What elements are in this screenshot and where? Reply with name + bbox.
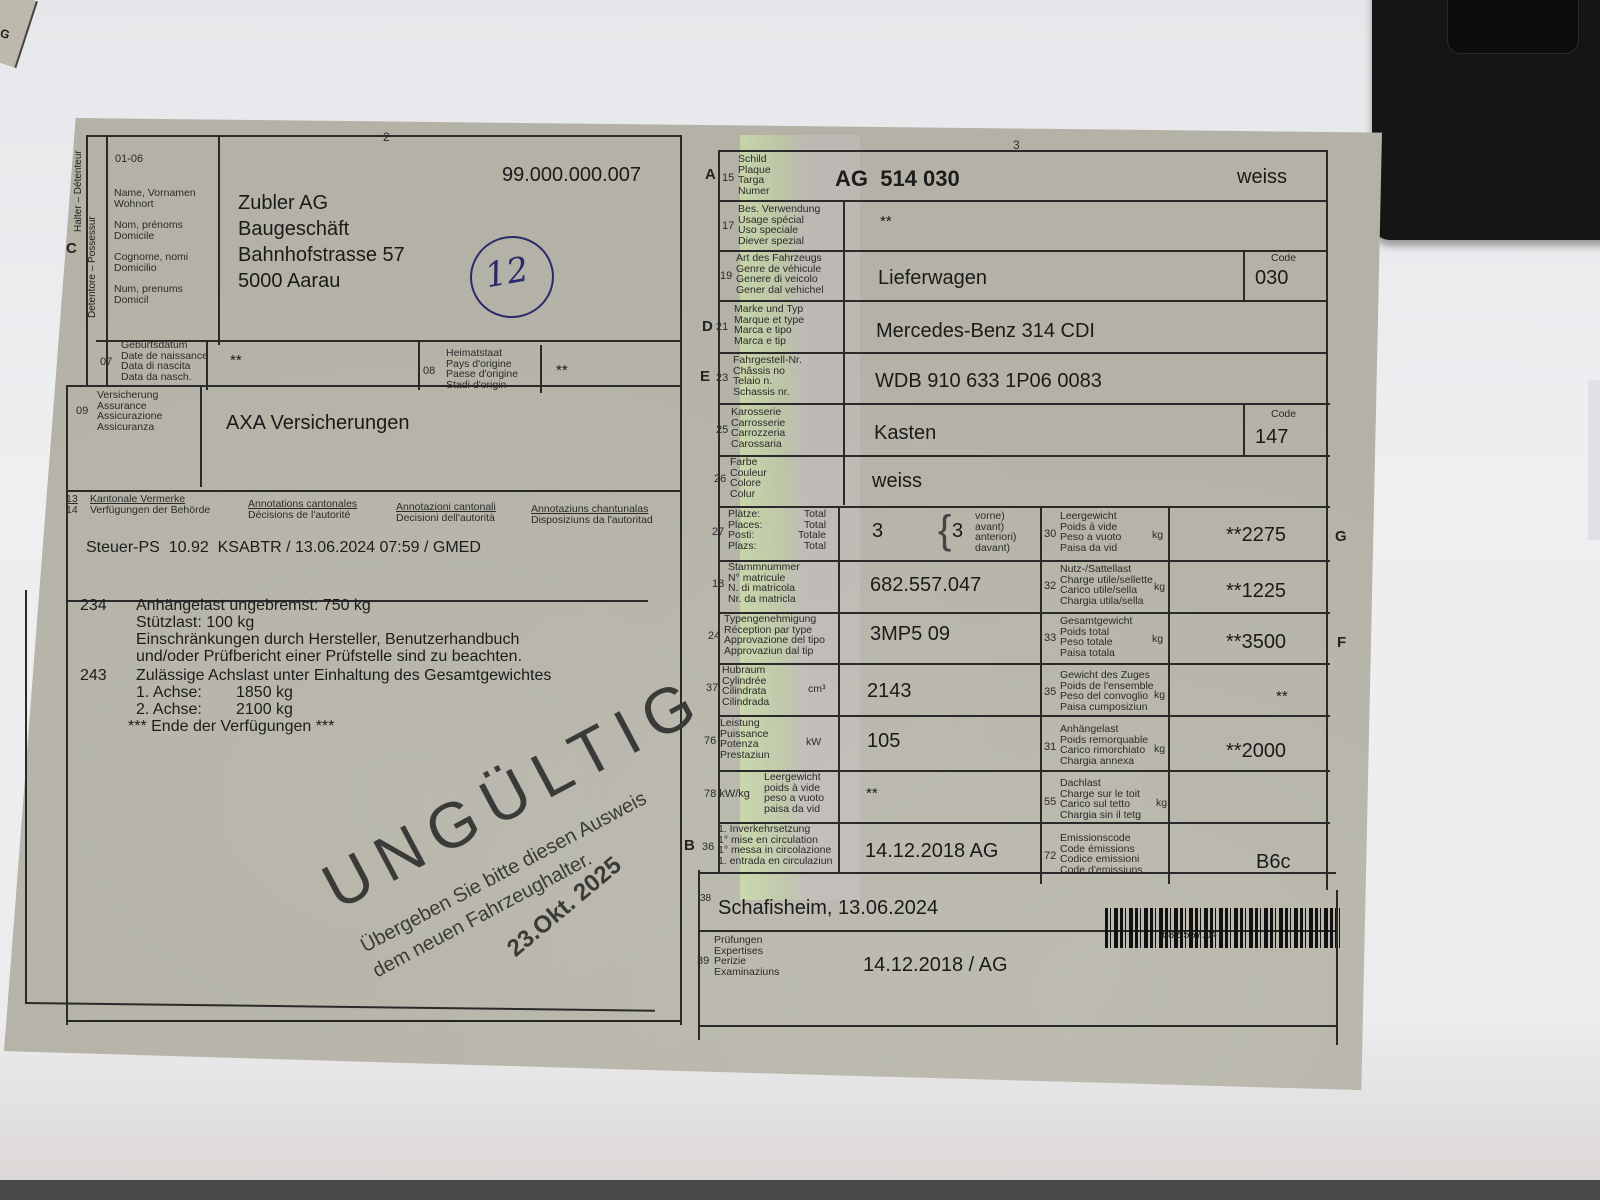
matriculation-value: 682.557.047 — [870, 574, 981, 597]
background-table-edge — [0, 1180, 1600, 1200]
field-num: 23 — [716, 372, 728, 384]
vehicle-type-labels: Art des FahrzeugsGenre de véhiculeGenere… — [736, 253, 824, 295]
section-letter-a: A — [705, 166, 716, 183]
train-weight-value: ** — [1276, 688, 1288, 705]
section-letter-d: D — [702, 318, 713, 335]
chassis-labels: Fahrgestell-Nr.Châssis noTelaio n.Schass… — [733, 355, 802, 397]
holder-side-label: Halter – Détenteur — [74, 72, 84, 232]
seats-front-value: 3 — [952, 520, 963, 543]
payload-value: **1225 — [1226, 580, 1286, 603]
field-num: 76 — [704, 735, 716, 747]
field-num: 39 — [697, 955, 709, 967]
first-registration-labels: 1. Inverkehrsetzung1° mise en circulatio… — [718, 824, 832, 866]
displacement-value: 2143 — [867, 680, 912, 703]
barcode — [1105, 908, 1340, 948]
unit-label: kg — [1152, 530, 1163, 541]
color-labels: FarbeCouleurColoreColur — [730, 457, 767, 499]
section-letter-g: G — [1335, 528, 1347, 545]
train-weight-labels: Gewicht des ZugesPoids de l'ensemblePeso… — [1060, 670, 1154, 712]
make-labels: Marke und TypMarque et typeMarca e tipoM… — [734, 304, 804, 346]
code-label: Code — [1271, 409, 1296, 420]
origin-labels: HeimatstaatPays d'originePaese d'origine… — [446, 348, 518, 390]
special-use-value: ** — [880, 213, 892, 230]
field-num: 35 — [1044, 686, 1056, 698]
empty-weight-labels: LeergewichtPoids à videPeso a vuotoPaisa… — [1060, 511, 1121, 553]
trailer-load-labels: AnhängelastPoids remorquableCarico rimor… — [1060, 724, 1148, 766]
field-num: 32 — [1044, 580, 1056, 592]
holder-side-label: Detentore – Possessur — [88, 148, 98, 318]
holder-id-number: 99.000.000.007 — [502, 164, 641, 187]
unit-label: kg — [1156, 798, 1167, 809]
holder-labels: Name, VornamenWohnort Nom, prénomsDomici… — [114, 188, 196, 305]
tax-line: Steuer-PS 10.92 KSABTR / 13.06.2024 07:5… — [86, 539, 481, 557]
power-weight-value: ** — [866, 785, 878, 802]
first-registration-value: 14.12.2018 AG — [865, 840, 998, 863]
empty-weight-value: **2275 — [1226, 524, 1286, 547]
type-approval-value: 3MP5 09 — [870, 623, 950, 646]
code-label: Code — [1271, 253, 1296, 264]
unit-label: kW — [806, 737, 821, 748]
unit-label: kg — [1154, 582, 1165, 593]
section-letter-e: E — [700, 368, 710, 385]
section-letter-f: F — [1337, 634, 1346, 651]
body-code: 147 — [1255, 426, 1288, 449]
seats-total-labels: TotalTotalTotaleTotal — [798, 509, 826, 551]
color-value: weiss — [872, 470, 922, 493]
roof-load-labels: DachlastCharge sur le toitCarico sul tet… — [1060, 778, 1141, 820]
field-num: 78 kW/kg — [704, 788, 750, 800]
insurance-value: AXA Versicherungen — [226, 412, 409, 435]
background-object: G — [0, 0, 38, 68]
seats-total-value: 3 — [872, 520, 883, 543]
inspection-value: 14.12.2018 / AG — [863, 954, 1008, 977]
field-num: 21 — [716, 321, 728, 333]
birthdate-labels: GeburtsdatumDate de naissanceData di nas… — [121, 340, 208, 382]
body-value: Kasten — [874, 422, 936, 445]
body-labels: KarosserieCarrosserieCarrozzeriaCarossar… — [731, 407, 785, 449]
annotation-header-it: Annotazioni cantonaliDecisioni dell'auto… — [396, 502, 496, 523]
chassis-value: WDB 910 633 1P06 0083 — [875, 370, 1102, 393]
field-num: 36 — [702, 841, 714, 853]
field-num: 17 — [722, 220, 734, 232]
type-approval-labels: TypengenehmigungRéception par typeApprov… — [724, 614, 825, 656]
field-num: 08 — [423, 365, 435, 377]
field-num: 24 — [708, 630, 720, 642]
annotation-header-fr: Annotations cantonalesDécisions de l'aut… — [248, 499, 357, 520]
field-num: 55 — [1044, 796, 1056, 808]
plate-value: AG 514 030 — [835, 166, 960, 192]
annotation-nums: 1314 — [66, 494, 78, 515]
field-num: 15 — [722, 172, 734, 184]
annotation-header-de: Kantonale VermerkeVerfügungen der Behörd… — [90, 494, 210, 515]
unit-label: cm³ — [808, 684, 826, 695]
unit-label: kg — [1154, 744, 1165, 755]
birthdate-value: ** — [230, 352, 242, 369]
payload-labels: Nutz-/SattellastCharge utile/selletteCar… — [1060, 564, 1153, 606]
field-num: 30 — [1044, 528, 1056, 540]
field-num: 18 — [712, 578, 724, 590]
insurance-labels: VersicherungAssuranceAssicurazioneAssicu… — [97, 390, 162, 432]
power-weight-labels: Leergewichtpoids à videpeso a vuotopaisa… — [764, 772, 824, 814]
section-letter-c: C — [66, 240, 77, 257]
issue-place-date: Schafisheim, 13.06.2024 — [718, 897, 938, 920]
seats-labels: Plätze:Places:Posti:Plazs: — [728, 509, 762, 551]
seats-front-labels: vorne)avant)anteriori)davant) — [975, 511, 1016, 553]
total-weight-value: **3500 — [1226, 631, 1286, 654]
emission-labels: EmissionscodeCode émissionsCodice emissi… — [1060, 833, 1143, 875]
range-label: 01-06 — [115, 153, 143, 165]
vehicle-type-value: Lieferwagen — [878, 267, 987, 290]
inspection-labels: PrüfungenExpertisesPerizieExaminaziuns — [714, 935, 779, 977]
unit-label: kg — [1152, 634, 1163, 645]
total-weight-labels: GesamtgewichtPoids totalPeso totalePaisa… — [1060, 616, 1132, 658]
field-num: 19 — [720, 270, 732, 282]
matriculation-labels: StammnummerN° matriculeN. di matricolaNr… — [728, 562, 800, 604]
unit-label: kg — [1154, 690, 1165, 701]
field-num: 33 — [1044, 632, 1056, 644]
plate-color: weiss — [1237, 166, 1287, 189]
field-num: 07 — [100, 356, 112, 368]
vehicle-type-code: 030 — [1255, 267, 1288, 290]
special-use-labels: Bes. VerwendungUsage spécialUso speciale… — [738, 204, 820, 246]
power-value: 105 — [867, 730, 900, 753]
field-num: 38 — [700, 893, 711, 904]
make-value: Mercedes-Benz 314 CDI — [876, 320, 1095, 343]
field-num: 31 — [1044, 741, 1056, 753]
annotation-header-rm: Annotaziuns chantunalasDisposiziuns da l… — [531, 504, 653, 525]
field-num: 72 — [1044, 850, 1056, 862]
emission-value: B6c — [1256, 851, 1290, 874]
barcode-number: 682.557.047 — [1162, 929, 1223, 941]
field-num: 26 — [714, 473, 726, 485]
origin-value: ** — [556, 362, 568, 379]
power-labels: LeistungPuissancePotenzaPrestaziun — [720, 718, 770, 760]
plate-labels: SchildPlaqueTargaNumer — [738, 154, 771, 196]
brace: { — [938, 508, 951, 553]
field-num: 09 — [76, 405, 88, 417]
holder-name: Zubler AG Baugeschäft Bahnhofstrasse 57 … — [238, 190, 405, 294]
field-num: 37 — [706, 682, 718, 694]
background-object — [1588, 380, 1600, 540]
field-num: 27 — [712, 526, 724, 538]
annotation-entries: 234 Anhängelast ungebremst: 750 kgStützl… — [80, 597, 640, 735]
trailer-load-value: **2000 — [1226, 740, 1286, 763]
field-num: 25 — [716, 424, 728, 436]
background-keyboard — [1372, 0, 1600, 240]
section-letter-b: B — [684, 837, 695, 854]
displacement-labels: HubraumCylindréeCilindrataCilindrada — [722, 665, 769, 707]
